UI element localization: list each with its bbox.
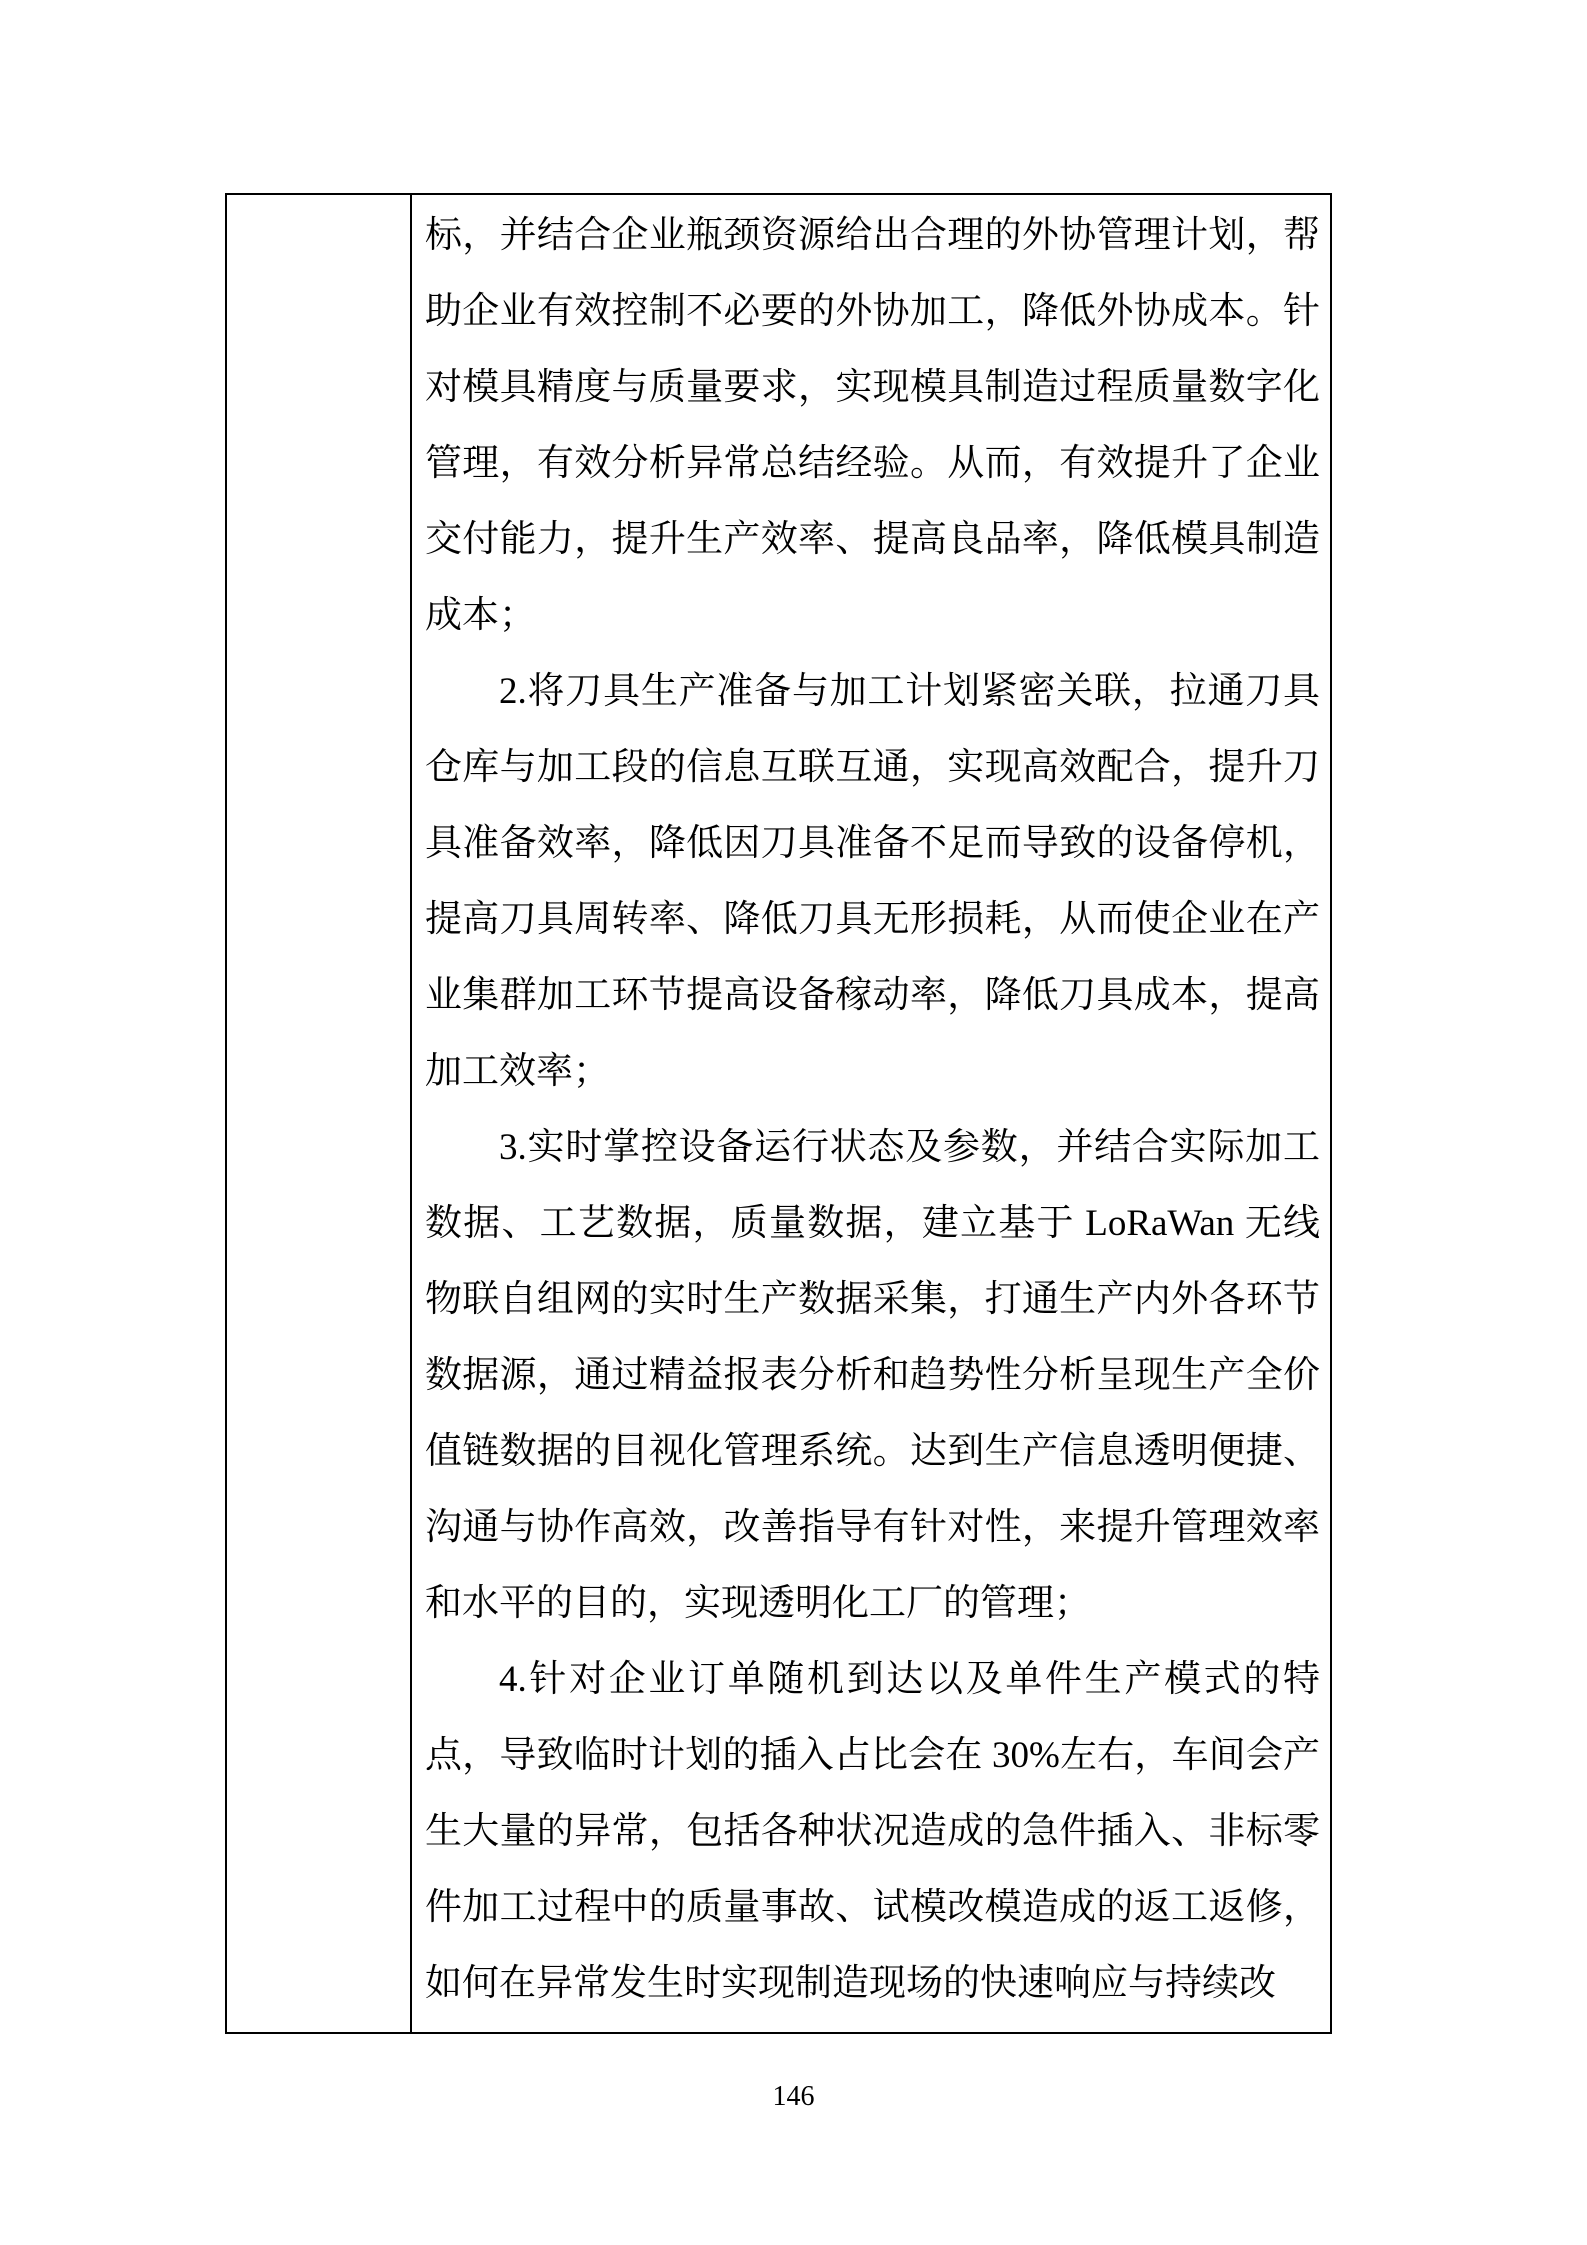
table-cell-body-text: 标，并结合企业瓶颈资源给出合理的外协管理计划，帮助企业有效控制不必要的外协加工，… — [412, 195, 1330, 2032]
document-page: { "colors": { "text": "#000000", "backgr… — [0, 0, 1587, 2245]
paragraph-item-2: 2.将刀具生产准备与加工计划紧密关联，拉通刀具仓库与加工段的信息互联互通，实现高… — [425, 654, 1320, 1110]
document-table: 标，并结合企业瓶颈资源给出合理的外协管理计划，帮助企业有效控制不必要的外协加工，… — [225, 193, 1332, 2034]
paragraph-item-4: 4.针对企业订单随机到达以及单件生产模式的特点，导致临时计划的插入占比会在 30… — [425, 1642, 1320, 2022]
page-number: 146 — [0, 2082, 1587, 2112]
paragraph-item-3: 3.实时掌控设备运行状态及参数，并结合实际加工数据、工艺数据，质量数据，建立基于… — [425, 1110, 1320, 1642]
paragraph-continuation: 标，并结合企业瓶颈资源给出合理的外协管理计划，帮助企业有效控制不必要的外协加工，… — [425, 198, 1320, 654]
table-cell-left-empty — [227, 195, 412, 2032]
